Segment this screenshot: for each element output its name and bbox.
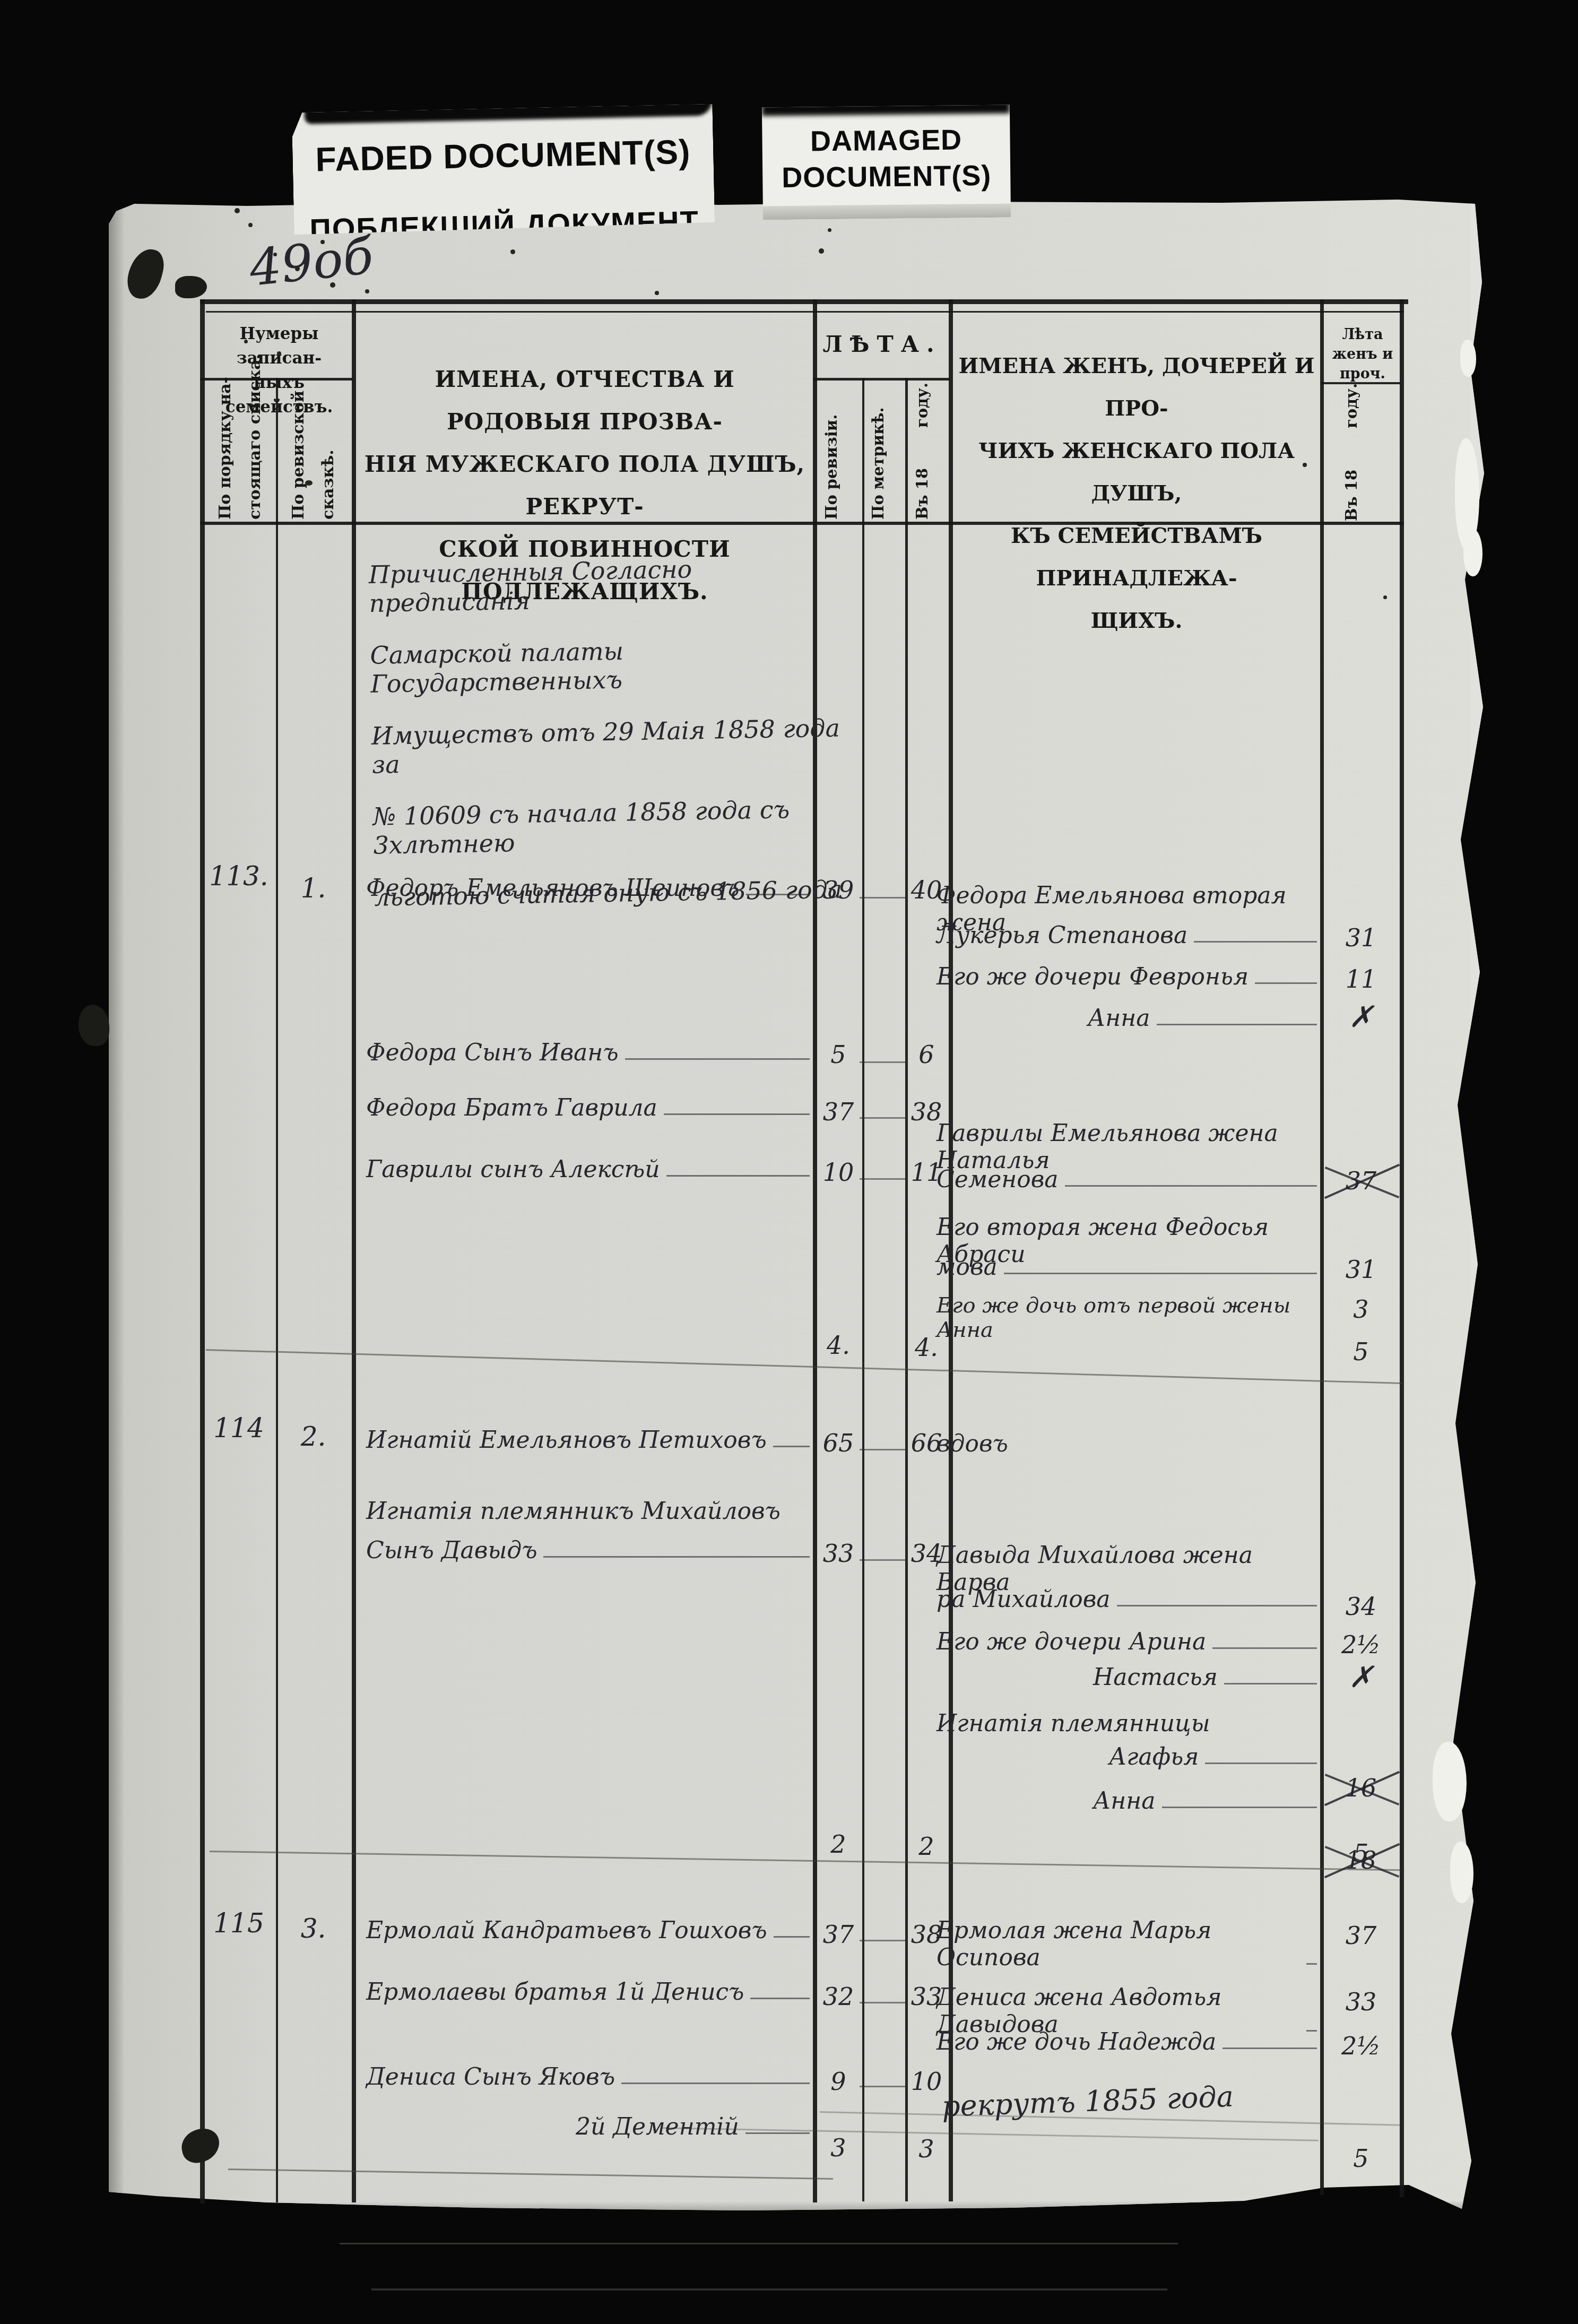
- col-v18-header: Въ 18 году.: [913, 383, 943, 520]
- speck: [305, 480, 313, 486]
- female-age: 37: [1325, 1921, 1397, 1950]
- table-top-inner-border: [206, 311, 1404, 313]
- family-total-1858: 4.: [902, 1333, 951, 1362]
- family-revision-number: 3.: [278, 1913, 349, 1944]
- leader-line: [773, 1446, 810, 1447]
- bottom-remnant-line: [371, 2288, 1167, 2291]
- col-po-revizii-header: По ревизіи.: [822, 383, 852, 520]
- female-entry: Его же дочь отъ первой жены Анна: [937, 1293, 1320, 1342]
- male-name: 2й Дементій: [576, 2113, 739, 2140]
- divider-females-femaleage: [1320, 299, 1324, 2195]
- speck: [1303, 463, 1307, 467]
- leader-line: [774, 1936, 810, 1938]
- bottom-remnant-line: [340, 2243, 1178, 2244]
- ages-group-header: ЛѢТА.: [814, 331, 950, 357]
- female-entry: мова: [937, 1254, 1320, 1281]
- leader-line: [1224, 1683, 1317, 1684]
- female-age-struck: 37: [1325, 1167, 1397, 1195]
- col-revision-header: По ревизской сказкѣ.: [284, 383, 345, 520]
- female-age: 34: [1325, 1592, 1397, 1621]
- leader-line: [745, 2132, 810, 2134]
- male-name: Сынъ Давыдъ: [366, 1537, 537, 1564]
- male-entry: Ермолай Кандратьевъ Гошховъ: [366, 1917, 813, 1944]
- male-entry: Дениса Сынъ Яковъ: [366, 2063, 813, 2090]
- page-bottom-shadow: [109, 2201, 1484, 2213]
- leader-line: [1065, 1185, 1317, 1187]
- age-dash: [860, 1117, 906, 1119]
- female-entry: Его же дочери Февронья: [937, 963, 1320, 990]
- leader-line: [1162, 1807, 1317, 1808]
- male-entry: Игнатій Емельяновъ Петиховъ: [366, 1427, 813, 1454]
- preamble-line: Имуществъ отъ 29 Маія 1858 года за: [371, 713, 850, 779]
- family-order-number: 113.: [204, 861, 273, 892]
- female-entry: Ермолая жена Марья Осипова: [937, 1917, 1320, 1971]
- torn-edge-highlight: [1433, 1742, 1467, 1821]
- speck: [273, 253, 277, 256]
- speck: [320, 240, 325, 244]
- male-entry: Федоръ Емельяновъ Шеиновъ: [366, 875, 813, 902]
- age-by-revision: 33: [814, 1539, 863, 1568]
- leader-line: [621, 2083, 810, 2084]
- speck: [510, 249, 515, 254]
- age-dash: [860, 1178, 906, 1180]
- col-po-metrike-header: По метрикѣ.: [869, 383, 899, 520]
- leader-line: [1306, 1963, 1317, 1965]
- col-order-header: По порядку на- стоящаго списка.: [211, 383, 272, 520]
- family-order-number: 114: [204, 1413, 273, 1444]
- table-top-border: [200, 299, 1408, 304]
- females-header: ИМЕНА ЖЕНЪ, ДОЧЕРЕЙ И ПРО- ЧИХЪ ЖЕНСКАГО…: [956, 345, 1317, 642]
- faded-document-banner: FADED DOCUMENT(S) ПОБЛЕКШИЙ ДОКУМЕНТ: [292, 104, 715, 235]
- preamble-line: № 10609 съ начала 1858 года съ 3хлѣтнею: [372, 794, 851, 860]
- female-text: Игнатія племянницы: [937, 1710, 1210, 1737]
- female-age: 31: [1325, 1255, 1397, 1284]
- leader-line: [1157, 1024, 1317, 1025]
- female-text: Лукерья Степанова: [937, 922, 1187, 949]
- female-text: Его же дочь отъ первой жены Анна: [937, 1293, 1320, 1342]
- female-entry: Настасья: [1093, 1664, 1320, 1691]
- leader-line: [1222, 2047, 1317, 2049]
- family-order-number: 115: [204, 1908, 273, 1939]
- male-entry: Гаврилы сынъ Алексѣй: [366, 1156, 813, 1183]
- male-entry: 2й Дементій: [576, 2113, 813, 2140]
- male-entry: Сынъ Давыдъ: [366, 1537, 813, 1564]
- family-total-female: 5: [1325, 1337, 1397, 1366]
- male-entry: Ермолаевы братья 1й Денисъ: [366, 1979, 813, 2006]
- leader-line: [664, 1113, 810, 1115]
- age-dash: [860, 1559, 906, 1561]
- leader-line: [666, 1175, 810, 1177]
- female-text: Его же дочери Февронья: [937, 963, 1248, 990]
- family-total-female: 5: [1325, 1839, 1397, 1868]
- female-text: Его же дочь Надежда: [937, 2028, 1216, 2055]
- female-age: 3: [1325, 1295, 1397, 1324]
- preamble-line: Причисленныя Согласно предписанія: [368, 552, 847, 618]
- female-age: 11: [1325, 965, 1397, 993]
- ink-blot: [79, 1005, 109, 1046]
- age-in-1858: 6: [902, 1040, 951, 1069]
- female-entry: Его же дочери Арина: [937, 1628, 1320, 1655]
- age-dash: [860, 2086, 906, 2087]
- family-total-female: 5: [1325, 2144, 1397, 2173]
- speck: [235, 208, 240, 213]
- female-entry: вдовъ: [937, 1430, 1096, 1457]
- faded-banner-title: FADED DOCUMENT(S): [292, 132, 714, 180]
- speck: [244, 340, 248, 343]
- male-name: Федоръ Емельяновъ Шеиновъ: [366, 875, 740, 902]
- female-age: 33: [1325, 1988, 1397, 2016]
- page-left-edge: [109, 197, 124, 2213]
- speck: [828, 228, 831, 232]
- age-by-revision: 32: [814, 1982, 863, 2011]
- speck: [248, 223, 253, 227]
- divider-numbers-names: [352, 299, 356, 2202]
- leader-line: [1194, 941, 1317, 943]
- male-entry: Игнатія племянникъ Михайловъ: [366, 1498, 813, 1525]
- male-name: Федора Сынъ Иванъ: [366, 1039, 619, 1066]
- scanned-document-canvas: FADED DOCUMENT(S) ПОБЛЕКШИЙ ДОКУМЕНТ DAM…: [0, 0, 1578, 2324]
- table-right-border: [1400, 299, 1404, 2197]
- damaged-banner-line1: DAMAGED: [762, 123, 1010, 159]
- leader-line: [543, 1556, 810, 1558]
- female-text: Агафья: [1109, 1743, 1199, 1770]
- family-total-revision: 3: [814, 2133, 863, 2162]
- female-entry: Лукерья Степанова: [937, 922, 1320, 949]
- family-revision-number: 2.: [278, 1421, 349, 1452]
- age-dash: [860, 2002, 906, 2003]
- leader-line: [746, 894, 810, 895]
- male-name: Игнатій Емельяновъ Петиховъ: [366, 1427, 767, 1454]
- torn-edge-highlight: [1463, 529, 1482, 576]
- female-entry: Анна: [1088, 1005, 1320, 1032]
- female-age: 2½: [1325, 2032, 1397, 2060]
- female-age-struck: 16: [1325, 1774, 1397, 1802]
- speck: [1383, 595, 1387, 599]
- family-revision-number: 1.: [278, 873, 349, 904]
- male-name: Дениса Сынъ Яковъ: [366, 2063, 615, 2090]
- female-age: 2½: [1325, 1630, 1397, 1659]
- speck: [295, 266, 300, 271]
- age-by-revision: 10: [814, 1158, 863, 1187]
- female-entry: Агафья: [1109, 1743, 1320, 1770]
- age-by-revision: 37: [814, 1098, 863, 1126]
- leader-line: [625, 1058, 810, 1060]
- leader-line: [1255, 982, 1317, 984]
- female-text: Настасья: [1093, 1664, 1218, 1691]
- age-by-revision: 37: [814, 1920, 863, 1949]
- leader-line: [1212, 1647, 1317, 1649]
- family-total-revision: 4.: [814, 1331, 863, 1360]
- female-entry: Семенова: [937, 1166, 1320, 1193]
- family-total-1858: 3: [902, 2135, 951, 2163]
- damaged-document-banner: DAMAGED DOCUMENT(S): [762, 105, 1011, 220]
- female-text: Его же дочери Арина: [937, 1628, 1206, 1655]
- female-age-crossed: ✗: [1325, 1660, 1397, 1695]
- male-name: Гаврилы сынъ Алексѣй: [366, 1156, 660, 1183]
- female-entry: ра Михайлова: [937, 1586, 1320, 1613]
- female-text: вдовъ: [937, 1430, 1008, 1457]
- female-ages-header: Лѣта женъ и проч.: [1325, 325, 1400, 384]
- speck: [819, 248, 824, 254]
- age-by-revision: 5: [814, 1040, 863, 1069]
- female-entry: Его же дочь Надежда: [937, 2028, 1320, 2055]
- female-text: мова: [937, 1254, 998, 1281]
- male-name: Игнатія племянникъ Михайловъ: [366, 1498, 781, 1525]
- age-by-revision: 9: [814, 2067, 863, 2096]
- preamble-block: Причисленныя Согласно предписанія Самарс…: [368, 552, 852, 912]
- male-name: Ермолай Кандратьевъ Гошховъ: [366, 1917, 767, 1944]
- age-by-revision: 39: [814, 876, 863, 904]
- col-female-v18-header: Въ 18 году.: [1342, 383, 1380, 521]
- female-entry: Игнатія племянницы: [937, 1710, 1320, 1737]
- age-dash: [860, 1449, 906, 1450]
- torn-edge-highlight: [1450, 1842, 1473, 1903]
- age-by-revision: 65: [814, 1429, 863, 1457]
- female-age: 31: [1325, 923, 1397, 952]
- speck: [330, 282, 335, 288]
- speck: [277, 351, 281, 356]
- age-dash: [860, 1061, 906, 1063]
- female-entry: Анна: [1093, 1787, 1320, 1815]
- female-age-crossed: ✗: [1325, 1000, 1397, 1034]
- ages-group-underline: [813, 378, 950, 381]
- female-text: Семенова: [937, 1166, 1059, 1193]
- female-text: Анна: [1093, 1787, 1156, 1815]
- female-text: ра Михайлова: [937, 1586, 1111, 1613]
- family-total-revision: 2: [814, 1830, 863, 1859]
- torn-edge-highlight: [1460, 340, 1476, 377]
- male-name: Федора Братъ Гаврила: [366, 1094, 657, 1121]
- age-dash: [860, 897, 906, 899]
- speck: [365, 289, 369, 293]
- leader-line: [1117, 1605, 1317, 1606]
- speck: [655, 291, 659, 295]
- leader-line: [1205, 1763, 1317, 1764]
- age-dash: [860, 1940, 906, 1941]
- leader-line: [1004, 1273, 1317, 1274]
- male-entry: Федора Братъ Гаврила: [366, 1094, 813, 1121]
- female-text: Анна: [1088, 1005, 1150, 1032]
- female-text: Ермолая жена Марья Осипова: [937, 1917, 1300, 1971]
- damaged-banner-line2: DOCUMENT(S): [762, 159, 1011, 195]
- leader-line: [750, 1998, 810, 1999]
- preamble-line: Самарской палаты Государственныхъ: [370, 633, 848, 698]
- male-entry: Федора Сынъ Иванъ: [366, 1039, 813, 1066]
- family-total-1858: 2: [902, 1832, 951, 1861]
- male-name: Ермолаевы братья 1й Денисъ: [366, 1979, 744, 2006]
